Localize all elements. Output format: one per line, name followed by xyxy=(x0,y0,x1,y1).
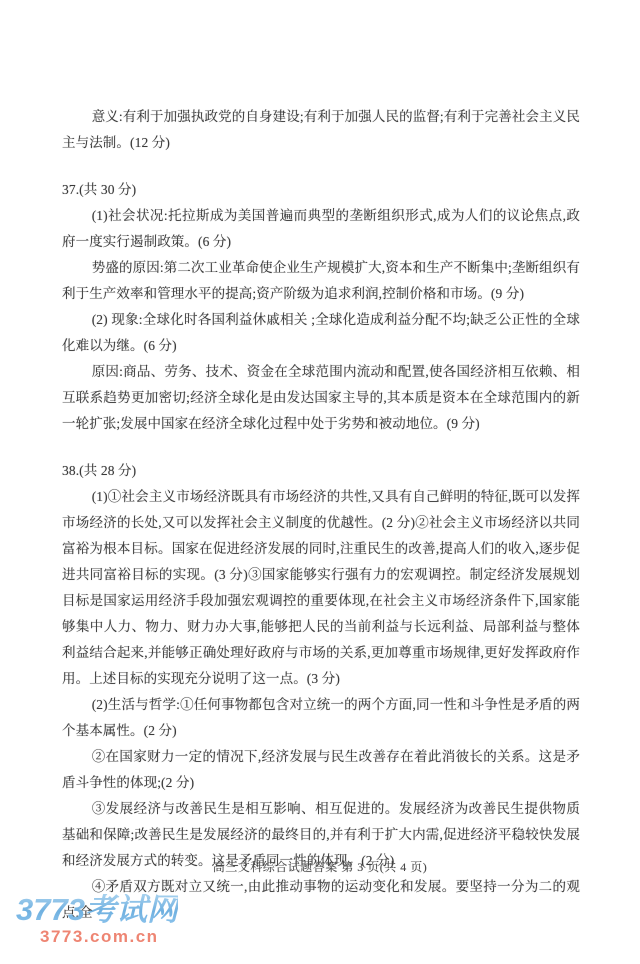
answer-paragraph-q37-2-phenomenon: (2) 现象:全球化时各国利益休戚相关 ;全球化造成利益分配不均;缺乏公正性的全… xyxy=(62,307,580,359)
watermark-site-domain: 3773.com.cn xyxy=(16,928,178,945)
watermark-logo: 3773考试网 3773.com.cn xyxy=(16,894,178,945)
scanned-answer-page: 意义:有利于加强执政党的自身建设;有利于加强人民的监督;有利于完善社会主义民主与… xyxy=(0,0,640,964)
answer-paragraph-q37-2-reason: 原因:商品、劳务、技术、资金在全球范围内流动和配置,使各国经济相互依赖、相互联系… xyxy=(62,359,580,437)
watermark-site-name: 3773考试网 xyxy=(16,894,178,925)
page-footer: 高三文科综合试题答案 第 3 页(共 4 页) xyxy=(0,858,640,875)
answer-paragraph-q37-1-situation: (1)社会状况:托拉斯成为美国普遍而典型的垄断组织形式,成为人们的议论焦点,政府… xyxy=(62,203,580,255)
document-body: 意义:有利于加强执政党的自身建设;有利于加强人民的监督;有利于完善社会主义民主与… xyxy=(62,104,580,926)
answer-paragraph-q36-meaning: 意义:有利于加强执政党的自身建设;有利于加强人民的监督;有利于完善社会主义民主与… xyxy=(62,104,580,156)
answer-paragraph-q38-2-point1: (2)生活与哲学:①任何事物都包含对立统一的两个方面,同一性和斗争性是矛盾的两个… xyxy=(62,692,580,744)
answer-paragraph-q38-2-point2: ②在国家财力一定的情况下,经济发展与民生改善存在着此消彼长的关系。这是矛盾斗争性… xyxy=(62,744,580,796)
footer-page-label: 高三文科综合试题答案 第 3 页(共 4 页) xyxy=(213,860,428,874)
answer-paragraph-q38-1: (1)①社会主义市场经济既具有市场经济的共性,又具有自己鲜明的特征,既可以发挥市… xyxy=(62,484,580,692)
question-38-heading: 38.(共 28 分) xyxy=(62,458,580,484)
question-37-heading: 37.(共 30 分) xyxy=(62,177,580,203)
answer-paragraph-q37-1-reason: 势盛的原因:第二次工业革命使企业生产规模扩大,资本和生产不断集中;垄断组织有利于… xyxy=(62,255,580,307)
